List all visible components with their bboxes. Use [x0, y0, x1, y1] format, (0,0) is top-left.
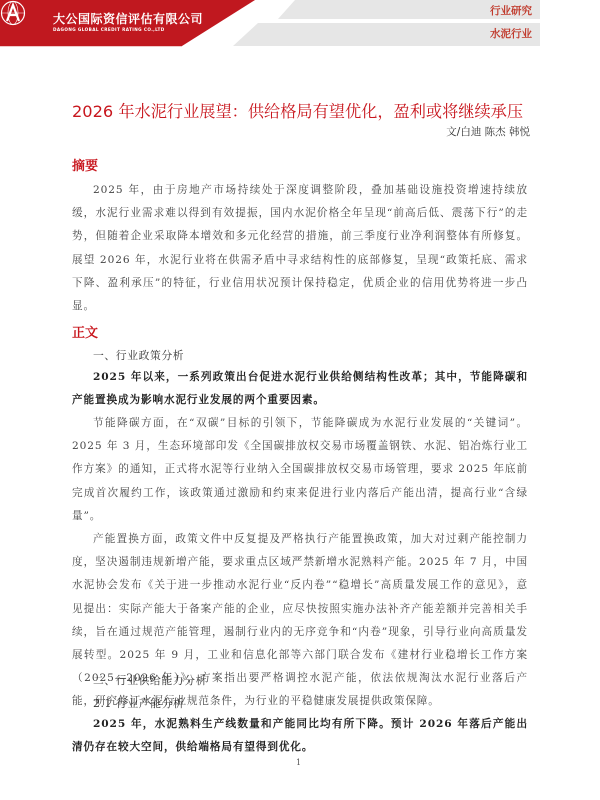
category-tag-industry: 水泥行业: [490, 26, 532, 41]
company-name-en: DAGONG GLOBAL CREDIT RATING CO.,LTD: [53, 27, 165, 32]
section-2-heading: 二、行业供给能力分析: [93, 673, 207, 688]
body-heading: 正文: [72, 322, 98, 341]
document-title: 2026 年水泥行业展望：供给格局有望优化，盈利或将继续承压: [72, 98, 542, 122]
company-name-cn: 大公国际资信评估有限公司: [53, 10, 203, 27]
category-tag-research: 行业研究: [490, 3, 532, 18]
section-2-1-heading: 2.1 行业产能分析: [93, 696, 184, 711]
section-2-1-lead: 2025 年，水泥熟料生产线数量和产能同比均有所下降。预计 2026 年落后产能…: [72, 713, 528, 759]
page-number: 1: [296, 758, 301, 767]
page-header: 大公国际资信评估有限公司 DAGONG GLOBAL CREDIT RATING…: [0, 0, 600, 50]
abstract-heading: 摘要: [72, 155, 98, 174]
document-authors: 文/白迪 陈杰 韩悦: [446, 124, 530, 139]
abstract-paragraph: 2025 年，由于房地产市场持续处于深度调整阶段，叠加基础设施投资增速持续放缓，…: [72, 179, 528, 318]
dagong-logo-icon: [0, 0, 26, 26]
section-1-lead: 2025 年以来，一系列政策出台促进水泥行业供给侧结构性改革；其中，节能降碳和产…: [72, 366, 528, 412]
section-1-heading: 一、行业政策分析: [93, 348, 184, 363]
section-1-paragraph-1: 节能降碳方面，在“双碳”目标的引领下，节能降碳成为水泥行业发展的“关键词”。20…: [72, 412, 528, 528]
